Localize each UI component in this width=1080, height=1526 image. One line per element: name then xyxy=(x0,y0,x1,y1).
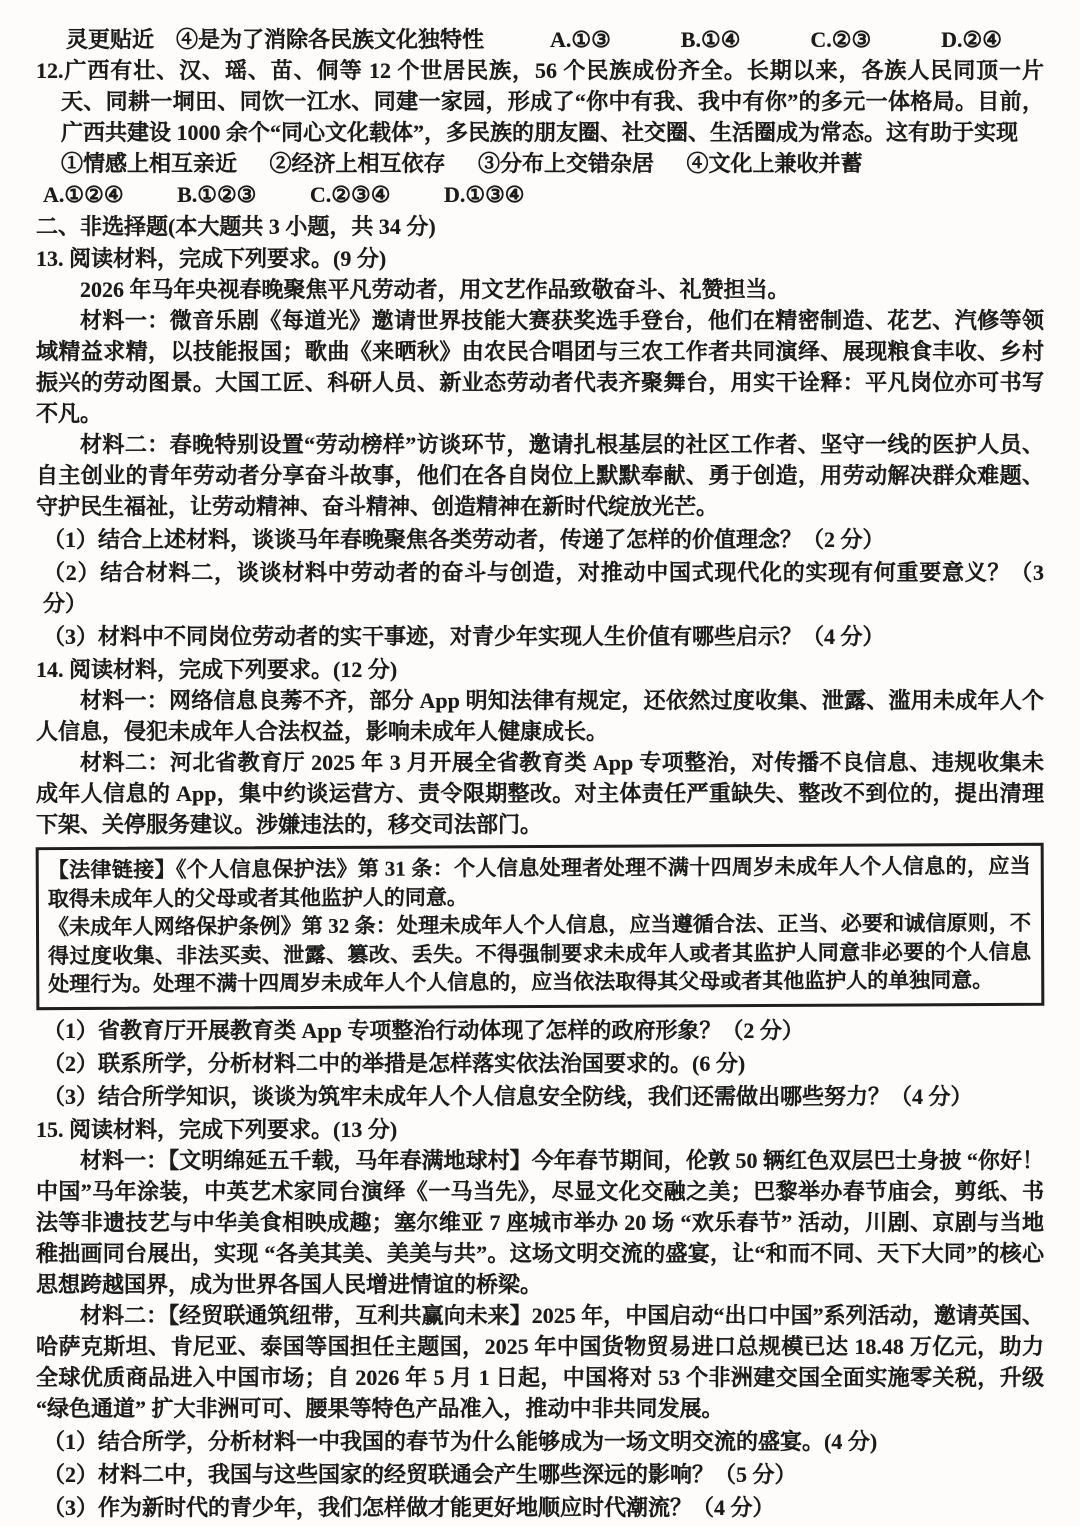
q12-sub-option-2: ②经济上相互依存 xyxy=(270,151,446,176)
question-13-intro: 2026 年马年央视春晚聚焦平凡劳动者，用文艺作品致敬奋斗、礼赞担当。 xyxy=(36,274,1044,305)
law-link-box: 【法律链接】《个人信息保护法》第 31 条：个人信息处理者处理不满十四周岁未成年… xyxy=(36,843,1045,1010)
question-13-subquestion-3: （3）材料中不同岗位劳动者的实干事迹，对青少年实现人生价值有哪些启示？（4 分） xyxy=(36,621,1044,652)
question-12-stem: 12.广西有壮、汉、瑶、苗、侗等 12 个世居民族，56 个民族成份齐全。长期以… xyxy=(36,55,1044,148)
question-13-header: 13. 阅读材料，完成下列要求。(9 分) xyxy=(36,243,1044,274)
question-13-subquestion-1: （1）结合上述材料，谈谈马年春晚聚焦各类劳动者，传递了怎样的价值理念？（2 分） xyxy=(36,524,1044,555)
question-14-subquestion-1: （1）省教育厅开展教育类 App 专项整治行动体现了怎样的政府形象？（2 分） xyxy=(36,1015,1044,1046)
exam-page: 灵更贴近 ④是为了消除各民族文化独特性 A.①③ B.①④ C.②③ D.②④ … xyxy=(0,0,1080,1526)
law-link-article-32: 《未成年人网络保护条例》第 32 条：处理未成年人个人信息，应当遵循合法、正当、… xyxy=(48,909,1031,999)
q11-option-d: D.②④ xyxy=(941,24,1002,55)
question-12-options: A.①②④ B.①②③ C.②③④ D.①③④ xyxy=(36,179,1044,210)
question-15-subquestion-3: （3）作为新时代的青少年，我们怎样做才能更好地顺应时代潮流？（4 分） xyxy=(36,1492,1044,1523)
question-15-subquestion-2: （2）材料二中，我国与这些国家的经贸联通会产生哪些深远的影响？（5 分） xyxy=(36,1459,1044,1490)
q12-option-c: C.②③④ xyxy=(310,182,391,207)
question-14-subquestion-2: （2）联系所学，分析材料二中的举措是怎样落实依法治国要求的。(6 分) xyxy=(36,1048,1044,1079)
q12-sub-option-3: ③分布上交错杂居 xyxy=(478,151,654,176)
q12-option-b: B.①②③ xyxy=(177,182,256,207)
q11-option-a: A.①③ xyxy=(550,24,611,55)
q12-option-d: D.①③④ xyxy=(444,182,525,207)
question-12-body: 广西有壮、汉、瑶、苗、侗等 12 个世居民族，56 个民族成份齐全。长期以来，各… xyxy=(61,58,1044,145)
q12-option-a: A.①②④ xyxy=(43,182,124,207)
question-14-header: 14. 阅读材料，完成下列要求。(12 分) xyxy=(36,654,1044,685)
question-14-subquestion-3: （3）结合所学知识，谈谈为筑牢未成年人个人信息安全防线，我们还需做出哪些努力？（… xyxy=(36,1081,1044,1112)
question-12-number: 12. xyxy=(36,58,64,83)
question-15-subquestion-1: （1）结合所学，分析材料一中我国的春节为什么能够成为一场文明交流的盛宴。(4 分… xyxy=(36,1426,1044,1457)
question-15-header: 15. 阅读材料，完成下列要求。(13 分) xyxy=(36,1114,1044,1145)
question-11-options-row: 灵更贴近 ④是为了消除各民族文化独特性 A.①③ B.①④ C.②③ D.②④ xyxy=(36,24,1044,55)
question-15-material-2: 材料二：【经贸联通筑纽带，互利共赢向未来】2025 年，中国启动“出口中国”系列… xyxy=(36,1300,1044,1424)
law-link-article-31: 【法律链接】《个人信息保护法》第 31 条：个人信息处理者处理不满十四周岁未成年… xyxy=(48,852,1031,913)
q12-sub-option-1: ①情感上相互亲近 xyxy=(61,151,237,176)
question-11-options: A.①③ B.①④ C.②③ D.②④ xyxy=(550,24,1044,55)
section-2-header: 二、非选择题(本大题共 3 小题，共 34 分) xyxy=(36,211,1044,242)
question-12-sub-options: ①情感上相互亲近 ②经济上相互依存 ③分布上交错杂居 ④文化上兼收并蓄 xyxy=(36,148,1044,179)
question-13-subquestion-2: （2）结合材料二，谈谈材料中劳动者的奋斗与创造，对推动中国式现代化的实现有何重要… xyxy=(36,557,1044,619)
question-14-material-1: 材料一：网络信息良莠不齐，部分 App 明知法律有规定，还依然过度收集、泄露、滥… xyxy=(36,685,1044,747)
question-13-material-2: 材料二：春晚特别设置“劳动榜样”访谈环节，邀请扎根基层的社区工作者、坚守一线的医… xyxy=(36,429,1044,522)
q12-sub-option-4: ④文化上兼收并蓄 xyxy=(687,151,863,176)
question-14-material-2: 材料二：河北省教育厅 2025 年 3 月开展全省教育类 App 专项整治，对传… xyxy=(36,747,1044,840)
question-11-stem-tail: 灵更贴近 ④是为了消除各民族文化独特性 xyxy=(66,24,484,55)
question-13-material-1: 材料一：微音乐剧《每道光》邀请世界技能大赛获奖选手登台，他们在精密制造、花艺、汽… xyxy=(36,305,1044,429)
q11-option-b: B.①④ xyxy=(681,24,741,55)
q11-option-c: C.②③ xyxy=(810,24,871,55)
question-15-material-1: 材料一：【文明绵延五千载，马年春满地球村】今年春节期间，伦敦 50 辆红色双层巴… xyxy=(36,1145,1044,1300)
